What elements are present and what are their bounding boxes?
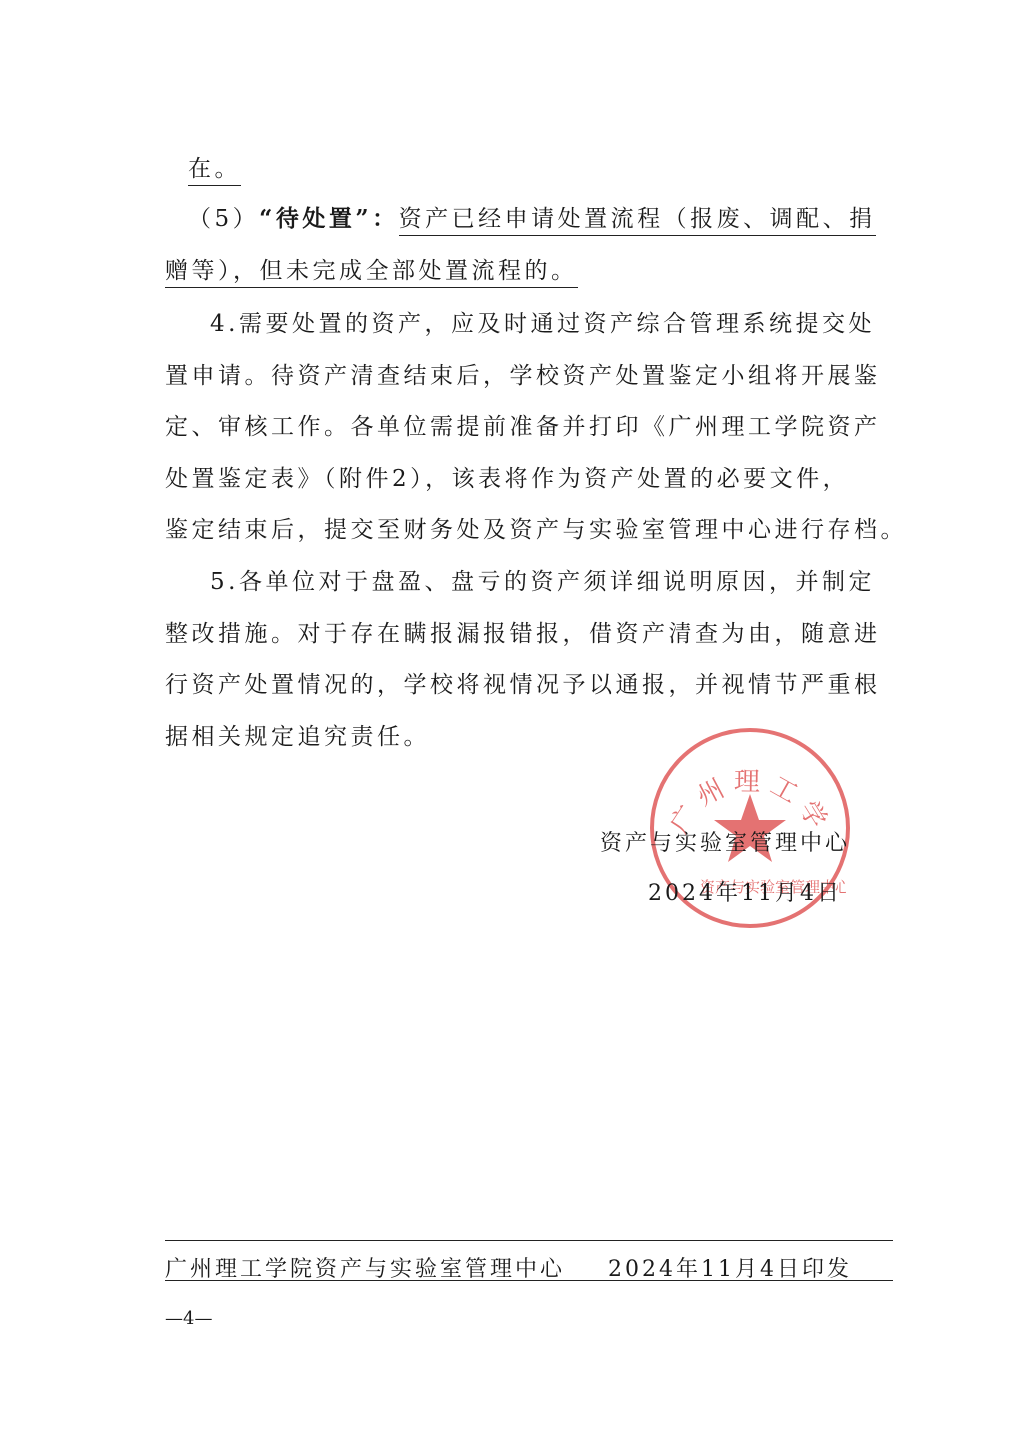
item5-colon: ：	[372, 205, 399, 232]
section4-line: 定、审核工作。各单位需提前准备并打印《广州理工学院资产	[165, 412, 881, 442]
footer-issuer: 广州理工学院资产与实验室管理中心	[165, 1257, 565, 1282]
section5-line: 整改措施。对于存在瞒报漏报错报，借资产清查为由，随意进	[165, 619, 881, 649]
page-number: —4—	[165, 1308, 212, 1329]
item5-line1: （5）“待处置”：资产已经申请处置流程（报废、调配、捐	[188, 204, 876, 234]
section5-line: 据相关规定追究责任。	[165, 722, 430, 752]
item4-tail: 在。	[188, 154, 241, 184]
footer-top-rule	[165, 1240, 893, 1241]
section4-line: 4.需要处置的资产，应及时通过资产综合管理系统提交处	[210, 309, 875, 339]
signature-org: 资产与实验室管理中心	[600, 826, 850, 857]
item4-tail-text: 在。	[188, 156, 241, 186]
section4-line: 处置鉴定表》（附件2），该表将作为资产处置的必要文件，	[165, 464, 849, 494]
footer-bottom-rule	[165, 1280, 893, 1281]
section4-line: 鉴定结束后，提交至财务处及资产与实验室管理中心进行存档。	[165, 515, 907, 545]
section5-line: 5.各单位对于盘盈、盘亏的资产须详细说明原因，并制定	[210, 567, 875, 597]
footer-issue-line: 广州理工学院资产与实验室管理中心 2024年11月4日印发	[165, 1252, 893, 1283]
footer-issue-date: 2024年11月4日印发	[608, 1252, 852, 1283]
item5-definition-line1: 资产已经申请处置流程（报废、调配、捐	[399, 206, 876, 236]
item5-number: （5）	[188, 206, 259, 232]
signature-date: 2024年11月4日	[648, 876, 842, 907]
item5-line2: 赠等），但未完成全部处置流程的。	[165, 256, 578, 286]
item5-definition-line2: 赠等），但未完成全部处置流程的。	[165, 258, 578, 288]
section5-line: 行资产处置情况的，学校将视情况予以通报，并视情节严重根	[165, 670, 881, 700]
section4-line: 置申请。待资产清查结束后，学校资产处置鉴定小组将开展鉴	[165, 361, 881, 391]
item5-term: “待处置”	[259, 205, 372, 232]
